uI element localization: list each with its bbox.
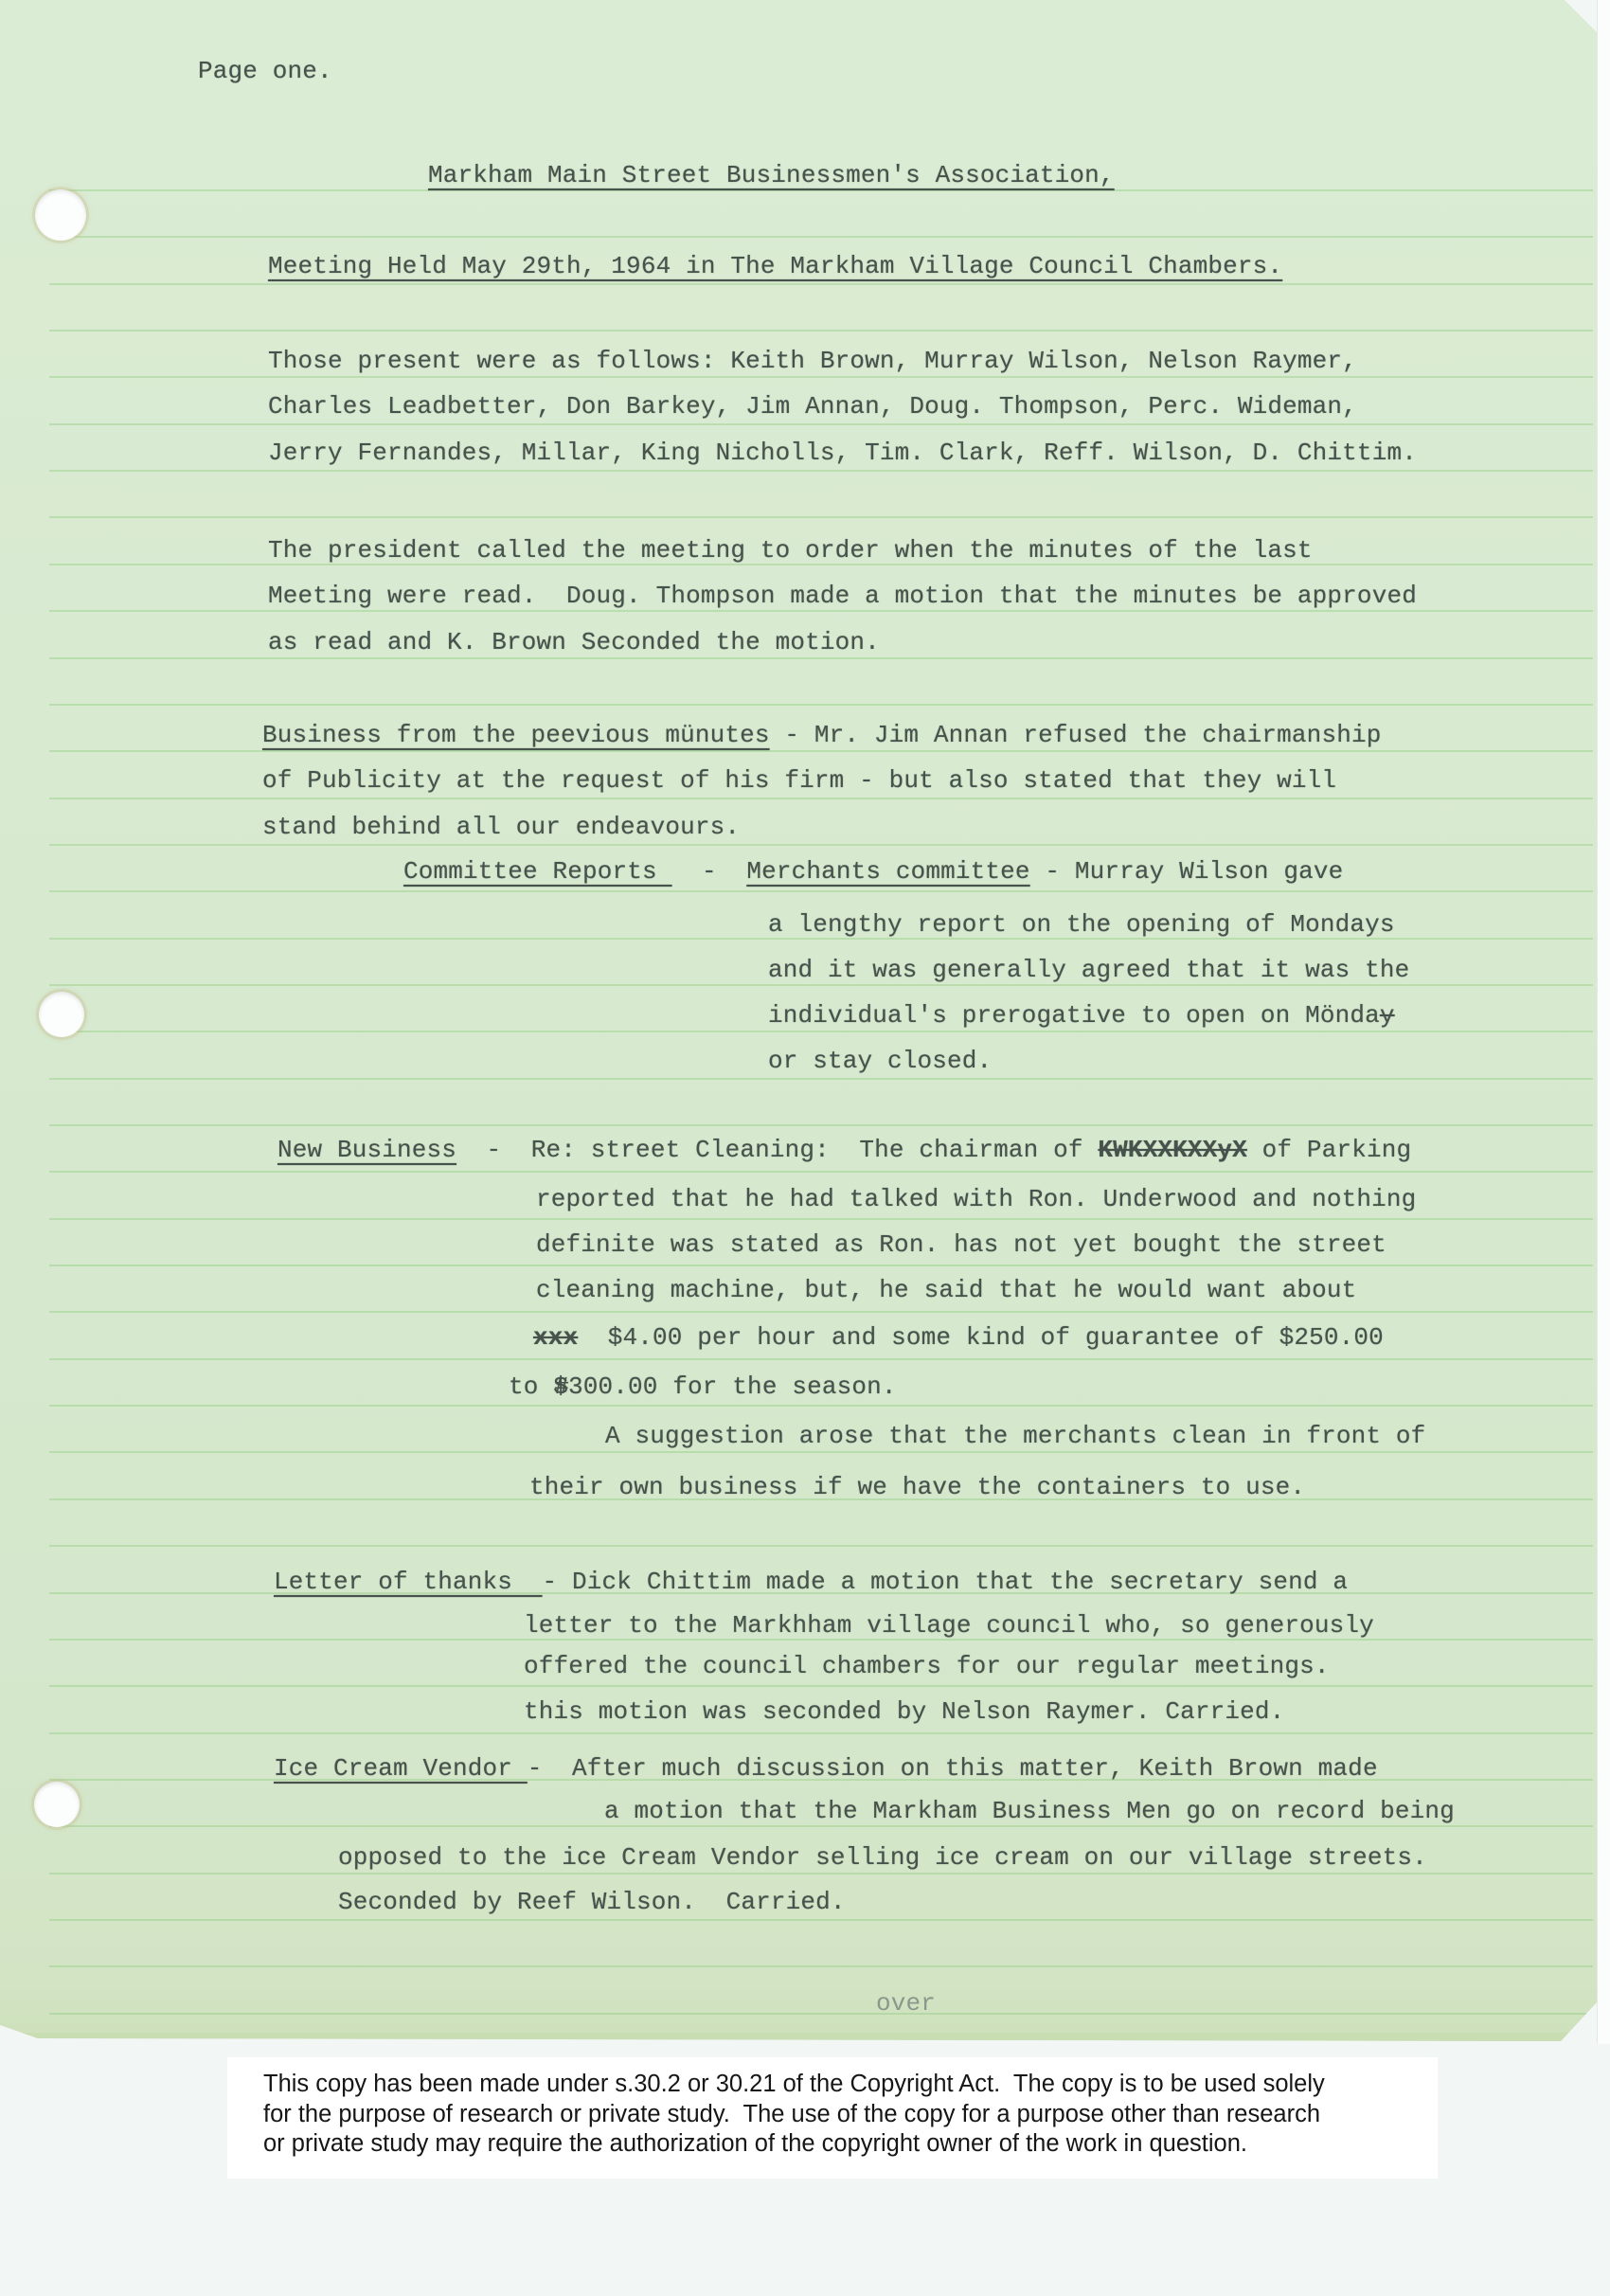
- typed-text-segment: KWKXXKXXyX: [1098, 1136, 1247, 1164]
- typed-text-segment: - Re: street Cleaning: The chairman of: [456, 1136, 1098, 1164]
- section-heading-new-business: New Business - Re: street Cleaning: The …: [277, 1134, 1411, 1166]
- body-line: a lengthy report on the opening of Monda…: [768, 908, 1395, 941]
- ruled-line: [49, 1405, 1593, 1407]
- typed-text-segment: Ice Cream Vendor: [274, 1754, 528, 1783]
- typed-text-segment: $4.00 per hour and some kind of guarante…: [578, 1323, 1384, 1352]
- body-line: offered the council chambers for our reg…: [524, 1650, 1330, 1682]
- body-line: this motion was seconded by Nelson Rayme…: [524, 1695, 1284, 1728]
- typed-text-segment: Those present were as follows: Keith Bro…: [268, 347, 1357, 375]
- body-line: stand behind all our endeavours.: [262, 811, 740, 843]
- body-line: A suggestion arose that the merchants cl…: [605, 1420, 1425, 1452]
- typed-text-segment: reported that he had talked with Ron. Un…: [536, 1185, 1416, 1213]
- typed-text-segment: Charles Leadbetter, Don Barkey, Jim Anna…: [268, 392, 1357, 421]
- typed-text-segment: Page one.: [198, 57, 332, 85]
- copyright-line-2: for the purpose of research or private s…: [263, 2100, 1438, 2130]
- ruled-line: [49, 890, 1593, 892]
- typed-text-segment: a motion that the Markham Business Men g…: [604, 1797, 1455, 1825]
- typed-text-segment: Markham Main Street Businessmen's Associ…: [428, 161, 1115, 189]
- typed-text-segment: or stay closed.: [768, 1047, 992, 1075]
- attendees-line: Jerry Fernandes, Millar, King Nicholls, …: [268, 437, 1417, 469]
- typed-text-segment: opposed to the ice Cream Vendor selling …: [338, 1843, 1427, 1872]
- ruled-line: [49, 470, 1593, 472]
- body-line: opposed to the ice Cream Vendor selling …: [338, 1841, 1427, 1874]
- body-line: Seconded by Reef Wilson. Carried.: [338, 1886, 846, 1918]
- ruled-line: [49, 1965, 1593, 1967]
- typed-text-segment: stand behind all our endeavours.: [262, 813, 740, 841]
- ruled-line: [49, 1078, 1593, 1080]
- body-line: cleaning machine, but, he said that he w…: [536, 1274, 1356, 1306]
- body-line: and it was generally agreed that it was …: [768, 954, 1409, 986]
- ruled-line: [49, 1124, 1593, 1126]
- typed-text-segment: New Business: [277, 1136, 456, 1164]
- punch-hole-top: [35, 189, 86, 241]
- body-line: The president called the meeting to orde…: [268, 534, 1313, 566]
- ruled-line: [49, 423, 1593, 425]
- attendees-line: Those present were as follows: Keith Bro…: [268, 345, 1357, 377]
- page-turn-indicator: over: [876, 1987, 936, 2019]
- ruled-line: [49, 798, 1593, 799]
- section-heading-previous-business: Business from the peevious münutes - Mr.…: [262, 719, 1381, 751]
- typed-text-segment: 300.00 for the season.: [568, 1372, 897, 1401]
- body-line: Meeting were read. Doug. Thompson made a…: [268, 580, 1417, 612]
- typed-text-segment: xxx: [533, 1323, 578, 1352]
- typed-text-segment: - Murray Wilson gave: [1030, 857, 1344, 886]
- doc-subtitle: Meeting Held May 29th, 1964 in The Markh…: [268, 250, 1282, 282]
- typed-text-segment: The president called the meeting to orde…: [268, 536, 1313, 565]
- typed-text-segment: of Publicity at the request of his firm …: [262, 766, 1336, 795]
- typed-text-segment: Meeting were read. Doug. Thompson made a…: [268, 582, 1417, 610]
- typed-text-segment: of Parking: [1247, 1136, 1411, 1164]
- typed-text-segment: offered the council chambers for our reg…: [524, 1652, 1330, 1680]
- ruled-line: [49, 1919, 1593, 1921]
- typed-text-segment: Jerry Fernandes, Millar, King Nicholls, …: [268, 439, 1417, 467]
- body-line: a motion that the Markham Business Men g…: [604, 1795, 1455, 1827]
- punch-hole-bottom: [34, 1782, 80, 1827]
- body-line: letter to the Markhham village council w…: [524, 1609, 1374, 1641]
- attendees-line: Charles Leadbetter, Don Barkey, Jim Anna…: [268, 390, 1357, 422]
- ruled-line: [49, 1685, 1593, 1687]
- body-line: or stay closed.: [768, 1045, 992, 1077]
- punch-hole-middle: [39, 992, 84, 1037]
- section-heading-committee-reports: Committee Reports - Merchants committee …: [403, 855, 1343, 888]
- typed-text-segment: a lengthy report on the opening of Monda…: [768, 910, 1395, 939]
- ruled-line: [49, 1358, 1593, 1360]
- typed-text-segment: y: [1380, 1001, 1395, 1030]
- typed-text-segment: letter to the Markhham village council w…: [524, 1611, 1374, 1640]
- typed-text-segment: over: [876, 1989, 936, 2018]
- ruled-line: [49, 704, 1593, 706]
- typed-text-segment: - Mr. Jim Annan refused the chairmanship: [770, 721, 1382, 749]
- body-line: xxx $4.00 per hour and some kind of guar…: [533, 1321, 1384, 1354]
- ruled-line: [49, 236, 1593, 238]
- typed-text-segment: - After much discussion on this matter, …: [528, 1754, 1378, 1783]
- typed-text-segment: Committee Reports: [403, 857, 672, 886]
- typed-text-segment: to: [509, 1372, 553, 1401]
- copyright-notice: This copy has been made under s.30.2 or …: [227, 2057, 1438, 2179]
- ruled-line: [49, 330, 1593, 332]
- body-line: their own business if we have the contai…: [529, 1471, 1305, 1503]
- typed-text-segment: this motion was seconded by Nelson Rayme…: [524, 1697, 1284, 1726]
- typed-text-segment: cleaning machine, but, he said that he w…: [536, 1276, 1356, 1304]
- ruled-line: [49, 1218, 1593, 1220]
- typed-text-segment: definite was stated as Ron. has not yet …: [536, 1230, 1386, 1259]
- body-line: definite was stated as Ron. has not yet …: [536, 1229, 1386, 1261]
- page-edge-strip: [1597, 0, 1610, 2044]
- body-line: to $300.00 for the season.: [509, 1371, 897, 1403]
- doc-title: Markham Main Street Businessmen's Associ…: [428, 159, 1115, 191]
- typed-text-segment: individual's prerogative to open on Mönd…: [768, 1001, 1380, 1030]
- body-line: individual's prerogative to open on Mönd…: [768, 999, 1395, 1031]
- typed-text-segment: Merchants committee: [746, 857, 1029, 886]
- body-line: of Publicity at the request of his firm …: [262, 764, 1336, 797]
- typed-text-segment: their own business if we have the contai…: [529, 1473, 1305, 1501]
- typed-text-segment: Letter of thanks: [274, 1568, 543, 1596]
- typed-text-segment: and it was generally agreed that it was …: [768, 956, 1409, 984]
- paper-bottom-edge: [0, 2033, 1597, 2041]
- body-line: as read and K. Brown Seconded the motion…: [268, 626, 880, 658]
- typed-text-segment: Seconded by Reef Wilson. Carried.: [338, 1888, 846, 1916]
- typed-text-segment: -: [672, 857, 747, 886]
- typed-text-segment: as read and K. Brown Seconded the motion…: [268, 628, 880, 656]
- copyright-line-1: This copy has been made under s.30.2 or …: [263, 2070, 1438, 2100]
- typed-text-segment: A suggestion arose that the merchants cl…: [605, 1422, 1425, 1450]
- ruled-line: [49, 1311, 1593, 1313]
- ruled-line: [49, 516, 1593, 518]
- typed-text-segment: $: [553, 1371, 568, 1403]
- section-heading-letter-of-thanks: Letter of thanks - Dick Chittim made a m…: [274, 1566, 1348, 1598]
- body-line: reported that he had talked with Ron. Un…: [536, 1183, 1416, 1215]
- ruled-line: [49, 1545, 1593, 1547]
- section-heading-ice-cream-vendor: Ice Cream Vendor - After much discussion…: [274, 1752, 1378, 1785]
- typed-text-segment: Business from the peevious münutes: [262, 721, 770, 749]
- typed-text-segment: - Dick Chittim made a motion that the se…: [543, 1568, 1349, 1596]
- ruled-line: [49, 1171, 1593, 1173]
- ruled-line: [49, 2013, 1593, 2015]
- ruled-line: [49, 844, 1593, 846]
- ruled-line: [49, 283, 1593, 285]
- page-label: Page one.: [198, 55, 332, 87]
- ruled-line: [49, 1265, 1593, 1266]
- copyright-line-3: or private study may require the authori…: [263, 2129, 1438, 2160]
- typed-text-segment: Meeting Held May 29th, 1964 in The Markh…: [268, 252, 1282, 280]
- ruled-line: [49, 1732, 1593, 1734]
